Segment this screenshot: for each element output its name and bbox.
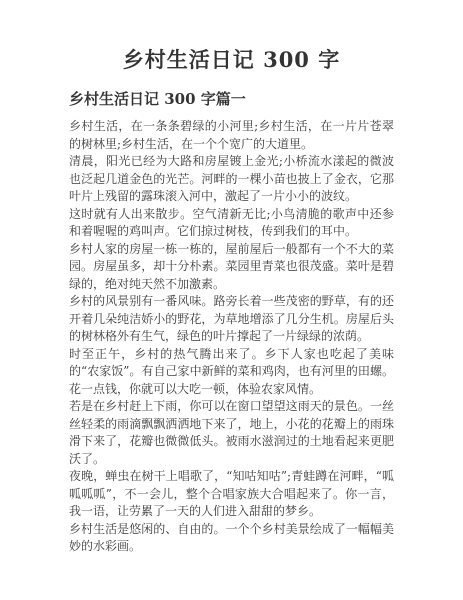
essay-paragraph: 乡村生活是悠闲的、自由的。一个个乡村美景绘成了一幅幅美妙的水彩画。 — [69, 521, 394, 556]
essay-paragraph: 乡村人家的房屋一栋一栋的，屋前屋后一般都有一个不大的菜园。房屋虽多，却十分朴素。… — [69, 241, 394, 294]
document-page: 乡村生活日记 300 字 乡村生活日记 300 字篇一 乡村生活，在一条条碧绿的… — [0, 0, 463, 600]
essay-paragraph: 这时就有人出来散步。空气清新无比;小鸟清脆的歌声中还参和着喔喔的鸡叫声。它们掠过… — [69, 206, 394, 241]
essay-body: 乡村生活，在一条条碧绿的小河里;乡村生活，在一片片苍翠的树林里;乡村生活，在一个… — [69, 118, 394, 556]
essay-paragraph: 清晨，阳光已经为大路和房屋镀上金光;小桥流水漾起的微波也泛起几道金色的光芒。河畔… — [69, 153, 394, 206]
essay-paragraph: 乡村生活，在一条条碧绿的小河里;乡村生活，在一片片苍翠的树林里;乡村生活，在一个… — [69, 118, 394, 153]
essay-paragraph: 乡村的风景别有一番风味。路旁长着一些茂密的野草，有的还开着几朵纯洁娇小的野花，为… — [69, 293, 394, 346]
essay-paragraph: 若是在乡村赶上下雨，你可以在窗口望望这雨天的景色。一丝丝轻柔的雨滴飘飘洒洒地下来… — [69, 398, 394, 468]
section-heading: 乡村生活日记 300 字篇一 — [69, 88, 394, 109]
essay-paragraph: 夜晚，蝉虫在树干上唱歌了，“知咕知咕”;青蛙蹲在河畔，“呱呱呱呱”，不一会儿，整… — [69, 468, 394, 521]
document-title: 乡村生活日记 300 字 — [69, 44, 394, 74]
essay-paragraph: 时至正午，乡村的热气腾出来了。乡下人家也吃起了美味的“农家饭”。有自己家中新鲜的… — [69, 346, 394, 399]
